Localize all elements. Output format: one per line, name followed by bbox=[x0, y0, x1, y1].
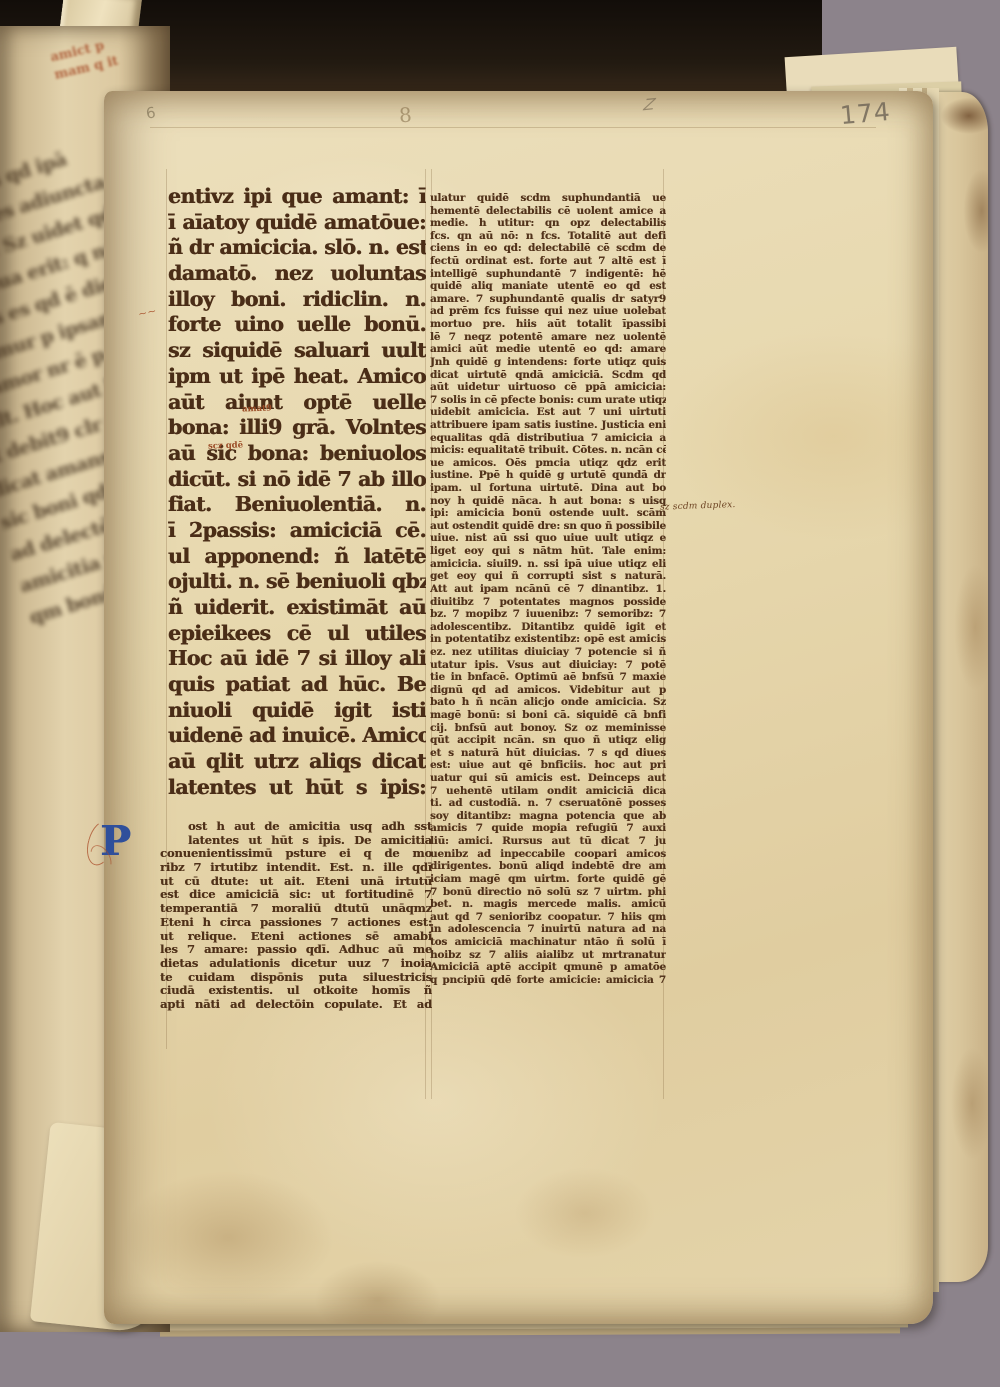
manuscript-text-line: ut relique. Eteni actiones sē amabi bbox=[160, 930, 432, 944]
manuscript-text-line: ipm ut ipē heat. Amico bbox=[168, 364, 426, 390]
manuscript-text-line: fectū ordinat est. forte aut 7 altē est … bbox=[430, 255, 666, 268]
manuscript-text-line: diuitibz 7 potentates magnos posside bbox=[430, 596, 666, 609]
manuscript-text-line: tie in bnfacē. Optimū aē bnfsū 7 maxie bbox=[430, 671, 666, 684]
manuscript-text-line: utatur ipis. Vsus aut diuiciay: 7 potē bbox=[430, 659, 666, 672]
manuscript-text-line: bz. 7 mopibz 7 iuuenibz: 7 semoribz: 7 bbox=[430, 608, 666, 621]
manuscript-text-line: fiat. Beniuolentiā. n. bbox=[168, 492, 426, 518]
manuscript-text-line: sz siquidē saluari uult bbox=[168, 338, 426, 364]
manuscript-text-line: 7 bonū directio nō solū sz 7 uirtm. phi bbox=[430, 886, 666, 899]
manuscript-text-line: aūt aiunt optē uelle bbox=[168, 390, 426, 416]
manuscript-text-line: ez. nez utilitas diuiciay 7 potencie si … bbox=[430, 646, 666, 659]
manuscript-text-line: ñ dr amicicia. slō. n. est re bbox=[168, 235, 426, 261]
manuscript-text-line: entivz ipi que amant: ī bbox=[168, 184, 426, 210]
manuscript-text-line: 7 uehentē utilam ondit amiciciā dica bbox=[430, 785, 666, 798]
manuscript-text-line: ulatur quidē scdm suphundantiā ue bbox=[430, 192, 666, 205]
manuscript-text-line: niuoli quidē igit isti bbox=[168, 698, 426, 724]
manuscript-text-line: micis: equalitatē tribuit. Cōtes. n. ncā… bbox=[430, 444, 666, 457]
manuscript-text-line: amare. 7 suphundantē qualis dr satyr9 bbox=[430, 293, 666, 306]
manuscript-text-line: damatō. nez uoluntas bbox=[168, 261, 426, 287]
text-column-right: ulatur quidē scdm suphundantiā uehementē… bbox=[430, 192, 666, 986]
interlinear-gloss: scz qdē bbox=[208, 440, 243, 451]
manuscript-text-line: ñ uiderit. existimāt aū bbox=[168, 595, 426, 621]
manuscript-text-line: aū qlit utrz aliqs dicat bbox=[168, 749, 426, 775]
manuscript-text-line: hoibz sz 7 aliis aialibz ut mrtranatur bbox=[430, 949, 666, 962]
manuscript-text-line: uiue. nist aū ssi quo uiue uult utiqz e bbox=[430, 532, 666, 545]
manuscript-text-line: latentes ut hūt s ipis: bbox=[168, 775, 426, 801]
manuscript-text-line: est: uiue aut qē bnficiis. hoc aut pri bbox=[430, 759, 666, 772]
manuscript-text-line: illoy boni. ridiclin. n. bbox=[168, 287, 426, 313]
manuscript-text-line: iustine. Ppē h quidē g urtutē qundā dr bbox=[430, 469, 666, 482]
manuscript-text-line: quis patiat ad hūc. Be bbox=[168, 672, 426, 698]
manuscript-text-line: dietas adulationis dicetur uuz 7 inoia bbox=[160, 957, 432, 971]
recto-page: 174 8 Z ~~ entivz ipi que amant: īī aīat… bbox=[104, 91, 933, 1324]
manuscript-text-line: et s naturā hūt diuicias. 7 s qd diues bbox=[430, 747, 666, 760]
manuscript-text-line: amicicia. siuil9. n. ssi ipā uiue utiqz … bbox=[430, 558, 666, 571]
manuscript-text-line: liget eoy qui s nātm hūt. Tale enim: bbox=[430, 545, 666, 558]
manuscript-text-line: adolescentibz. Ditantibz quidē igit et bbox=[430, 621, 666, 634]
manuscript-text-line: Amiciciā aptē accipit qmunē p amatōe bbox=[430, 961, 666, 974]
manuscript-text-line: ciudā existentis. ul otkoite homīs ñ bbox=[160, 984, 432, 998]
manuscript-text-line: q pncipiū qdē forte amicicie: amicicia 7 bbox=[430, 974, 666, 987]
manuscript-text-line: aut qd 7 senioribz coopatur. 7 hiis qm bbox=[430, 911, 666, 924]
manuscript-text-line: ipam. ul fortuna uirtutē. Dina aut bo bbox=[430, 482, 666, 495]
manuscript-text-line: apti nāti ad delectōin copulate. Et ad bbox=[160, 998, 432, 1012]
manuscript-text-line: Eteni h circa passiones 7 actiones est: bbox=[160, 916, 432, 930]
manuscript-text-line: conuenientissimū psture ei q de mo bbox=[160, 847, 432, 861]
manuscript-text-line: amici aūt medie utentē eo qd: amare bbox=[430, 343, 666, 356]
manuscript-text-line: ad prēm fcs fuisse qui nez uiue uolebat bbox=[430, 305, 666, 318]
quire-mark-center: 8 bbox=[398, 103, 412, 128]
manuscript-text-line: ue amicos. Oēs pmcia utiqz qdz erit bbox=[430, 457, 666, 470]
manuscript-text-line: bona: illi9 grā. Volntes bbox=[168, 415, 426, 441]
manuscript-text-line: Jnh quidē g intendens: forte utiqz quis bbox=[430, 356, 666, 369]
manuscript-text-line: uatur qui sū amicis est. Deinceps aut bbox=[430, 772, 666, 785]
text-column-left-large: entivz ipi que amant: īī aīatoy quidē am… bbox=[168, 184, 426, 801]
manuscript-text-line: uidebit amicicia. Est aut 7 uni uirtuti bbox=[430, 406, 666, 419]
manuscript-text-line: ut cū dtute: ut ait. Eteni unā irtutū bbox=[160, 875, 432, 889]
manuscript-text-line: mortuo pre. hiis aūt totalit īpassibi bbox=[430, 318, 666, 331]
manuscript-text-line: medie. h utitur: qn opz delectabilis bbox=[430, 217, 666, 230]
margin-squiggle: ~~ bbox=[137, 304, 158, 321]
manuscript-text-line: ost h aut de amicitia usq adh sst bbox=[160, 820, 432, 834]
manuscript-text-line: noy h quidē nāca. h aut bona: s uisq bbox=[430, 495, 666, 508]
manuscript-text-line: aūt uidetur uirtuoso cē ppā amicicia: bbox=[430, 381, 666, 394]
manuscript-text-line: Att aut ipam ncānū cē 7 dinantibz. 1. bbox=[430, 583, 666, 596]
manuscript-text-line: soy ditantibz: magna potencia que ab bbox=[430, 810, 666, 823]
interlinear-gloss: amat9 bbox=[242, 403, 272, 414]
manuscript-text-line: epieikees cē ul utiles bbox=[168, 621, 426, 647]
manuscript-text-line: ī aīatoy quidē amatōue: bbox=[168, 210, 426, 236]
manuscript-text-line: te cuidam dispōnis puta siluestricis bbox=[160, 971, 432, 985]
manuscript-text-line: 7 solis in cē pfecte bonis: cum urate ut… bbox=[430, 394, 666, 407]
manuscript-text-line: liū: amici. Rursus aut tū dicat 7 ju bbox=[430, 835, 666, 848]
manuscript-text-line: get eoy qui ñ corrupti sist s naturā. bbox=[430, 570, 666, 583]
manuscript-text-line: uenibz ad inpeccabile coopari amicos bbox=[430, 848, 666, 861]
manuscript-text-line: Hoc aū idē 7 si illoy ali bbox=[168, 646, 426, 672]
manuscript-text-line: ribz 7 irtutibz intendit. Est. n. ille q… bbox=[160, 861, 432, 875]
manuscript-photo: amict p mam q it pondenlis qd ipāomīs ta… bbox=[0, 0, 1000, 1387]
manuscript-text-line: in potentatibz existentibz: opē est amic… bbox=[430, 633, 666, 646]
manuscript-text-line: dirigentes. bonū aliqd indebtē dre am bbox=[430, 860, 666, 873]
manuscript-text-line: qūt accipit ncān. sn quo ñ utiqz elig bbox=[430, 734, 666, 747]
manuscript-text-line: fcs. qn aū nō: n fcs. Totalitē aut defi bbox=[430, 230, 666, 243]
manuscript-text-line: est dice amiciciā sic: ut fortitudinē 7 bbox=[160, 888, 432, 902]
manuscript-text-line: latentes ut hūt s ipis. De amicitia bbox=[160, 834, 432, 848]
manuscript-text-line: equalitas qdā distributiua 7 amicicia a bbox=[430, 432, 666, 445]
manuscript-text-line: aut ostendit quidē dre: sn quo ñ possibi… bbox=[430, 520, 666, 533]
manuscript-text-line: forte uino uelle bonū. bbox=[168, 312, 426, 338]
manuscript-text-line: dicat uirtutē qndā amiciciā. Scdm qd bbox=[430, 369, 666, 382]
manuscript-text-line: dicūt. si nō idē 7 ab illo bbox=[168, 467, 426, 493]
verso-rubric-fragment: amict p mam q it bbox=[49, 35, 120, 85]
manuscript-text-line: hementē delectabilis cē uolent amice a bbox=[430, 205, 666, 218]
manuscript-text-line: ī 2passis: amiciciā cē. bbox=[168, 518, 426, 544]
folio-number: 174 bbox=[839, 97, 892, 130]
manuscript-text-line: magē bonū: si boni cā. siquidē cā bnfi bbox=[430, 709, 666, 722]
manuscript-text-line: in adolescencia 7 inuirtū natura ad na bbox=[430, 923, 666, 936]
manuscript-text-line: ul apponend: ñ latētē bbox=[168, 544, 426, 570]
manuscript-text-line: intelligē suphundantē 7 indigentē: hē bbox=[430, 268, 666, 281]
manuscript-text-line: les 7 amare: passio qdī. Adhuc aū me bbox=[160, 943, 432, 957]
manuscript-text-line: ti. ad custodiā. n. 7 cseruatōnē posses bbox=[430, 797, 666, 810]
manuscript-text-line: tos amiciciā machinatur ntāo ñ solū ī bbox=[430, 936, 666, 949]
manuscript-text-line: uidenē ad inuicē. Amico bbox=[168, 723, 426, 749]
manuscript-text-line: ojulti. n. sē beniuoli qbz bbox=[168, 569, 426, 595]
manuscript-text-line: lē 7 neqz potentē amare nez uolentē bbox=[430, 331, 666, 344]
manuscript-text-line: attribuere ipam satis iustine. Justicia … bbox=[430, 419, 666, 432]
manuscript-text-line: ciens in eo qd: delectabilē cē scdm de bbox=[430, 242, 666, 255]
manuscript-text-line: dignū qd ad amicos. Videbitur aut p bbox=[430, 684, 666, 697]
margin-note: sz scdm duplex. bbox=[660, 499, 756, 512]
text-column-left-small: ost h aut de amicitia usq adh sstlatente… bbox=[160, 820, 432, 1012]
ruling-line bbox=[150, 127, 876, 128]
manuscript-text-line: quidē aliq maniate utentē eo qd est bbox=[430, 280, 666, 293]
manuscript-text-line: aū sic bona: beniuolos bbox=[168, 441, 426, 467]
manuscript-text-line: amicis 7 quide mopia refugiū 7 auxi bbox=[430, 822, 666, 835]
manuscript-text-line: ipi: amicicia bonū ostende uult. scām bbox=[430, 507, 666, 520]
decorated-initial: P bbox=[100, 818, 140, 874]
manuscript-text-line: cij. bnfsū aut bonoy. Sz oz meminisse bbox=[430, 722, 666, 735]
manuscript-text-line: iciam magē qm uirtm. forte quidē gē bbox=[430, 873, 666, 886]
manuscript-text-line: bato h ñ ncān alicjo onde amicicia. Sz bbox=[430, 696, 666, 709]
manuscript-text-line: temperantiā 7 moraliū dtutū unāqmz bbox=[160, 902, 432, 916]
manuscript-text-line: bet. n. magis mercede malis. amicū bbox=[430, 898, 666, 911]
quire-mark-right: Z bbox=[641, 94, 659, 114]
